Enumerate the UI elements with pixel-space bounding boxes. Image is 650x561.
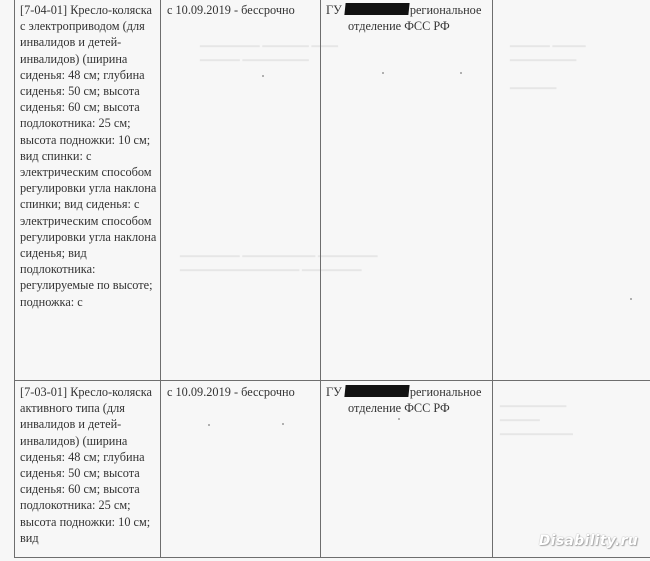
scan-speck	[382, 72, 384, 74]
table-cell-description: [7-03-01] Кресло-коляска активного типа …	[20, 384, 160, 546]
bleed-through-text: ━━━━━━━━━ ━━━━━━━ ━━━━━━━━━━ ━━━━━━━━━━	[200, 40, 460, 68]
bleed-through-text: ━━━━━━━━━━━━━━━━━━━━━━━━━━━	[500, 400, 630, 442]
table-cell-description: [7-04-01] Кресло-коляска с электропривод…	[20, 2, 160, 310]
table-column-divider	[320, 0, 321, 557]
table-column-divider	[492, 0, 493, 557]
org-line2: отделение ФСС РФ	[326, 18, 491, 34]
table-border-left	[14, 0, 15, 557]
org-line2: отделение ФСС РФ	[326, 400, 491, 416]
bleed-through-text: ━━━━━━━━━ ━━━━━━━━━━━ ━━━━━━━━━━━━━━━━━━…	[180, 250, 470, 278]
redaction-block	[344, 385, 409, 397]
scan-speck	[460, 72, 462, 74]
table-row-divider	[14, 380, 650, 381]
table-cell-organization: ГУрегиональное отделение ФСС РФ	[326, 2, 491, 34]
table-cell-period: с 10.09.2019 - бессрочно	[167, 384, 319, 400]
watermark: Disability.ru	[539, 533, 638, 549]
table-cell-period: с 10.09.2019 - бессрочно	[167, 2, 319, 18]
scan-speck	[262, 75, 264, 77]
org-prefix: ГУ	[326, 385, 342, 399]
table-column-divider	[160, 0, 161, 557]
org-prefix: ГУ	[326, 3, 342, 17]
redaction-block	[344, 3, 409, 15]
scan-speck	[208, 424, 210, 426]
org-suffix: региональное	[410, 385, 482, 399]
table-border-bottom	[14, 557, 650, 558]
scan-speck	[630, 298, 632, 300]
scan-speck	[398, 418, 400, 420]
bleed-through-text: ━━━━━━ ━━━━━━━━━━━━━━━━━━━━━━	[510, 40, 630, 96]
org-suffix: региональное	[410, 3, 482, 17]
scanned-document: ━━━━━━━━━ ━━━━━━━ ━━━━━━━━━━ ━━━━━━━━━━ …	[0, 0, 650, 561]
table-cell-organization: ГУрегиональное отделение ФСС РФ	[326, 384, 491, 416]
scan-speck	[282, 423, 284, 425]
